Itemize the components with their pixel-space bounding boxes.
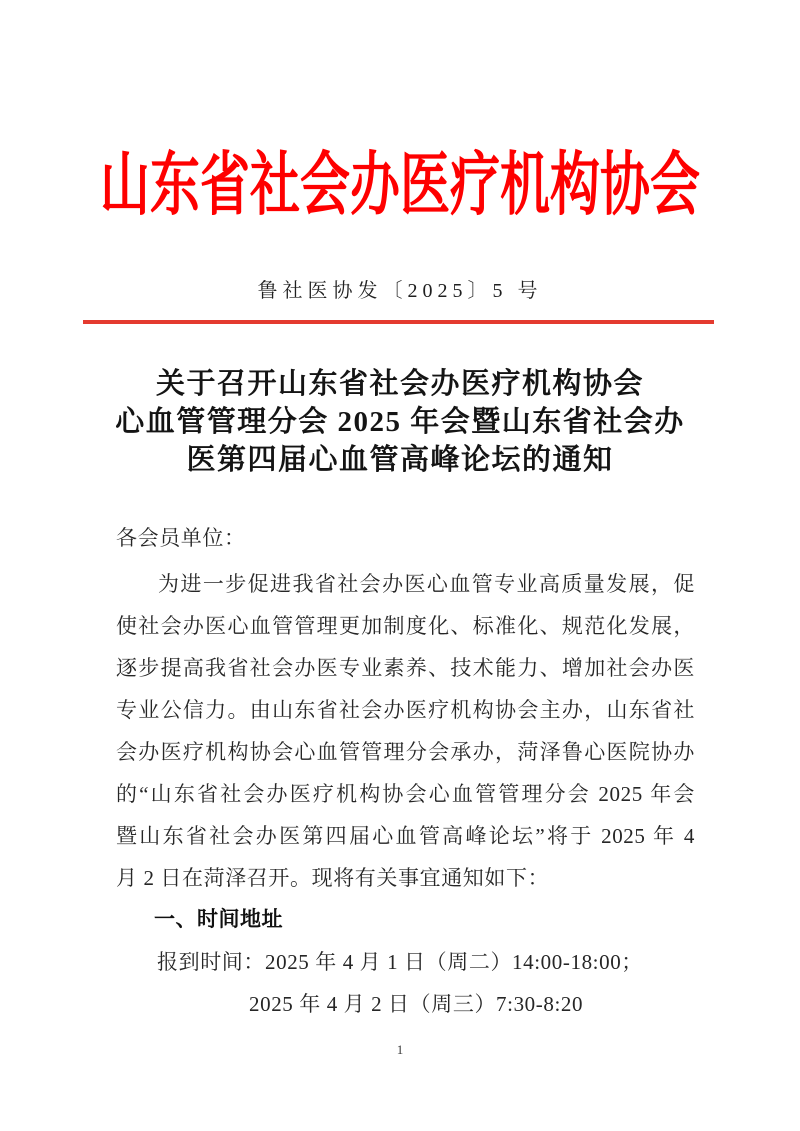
notice-title-line-2: 心血管管理分会 2025 年会暨山东省社会办: [0, 403, 800, 441]
registration-time-line-1: 报到时间：2025 年 4 月 1 日（周二）14:00-18:00；: [157, 941, 695, 983]
registration-time-line-2: 2025 年 4 月 2 日（周三）7:30-8:20: [249, 983, 695, 1025]
paragraph-line: 的“山东省社会办医疗机构协会心血管管理分会 2025 年会: [116, 773, 695, 815]
letterhead-org-title: 山东省社会办医疗机构协会: [0, 150, 800, 219]
salutation: 各会员单位：: [116, 517, 695, 559]
paragraph-line: 使社会办医心血管管理更加制度化、标准化、规范化发展，: [116, 605, 695, 647]
paragraph-line: 专业公信力。由山东省社会办医疗机构协会主办，山东省社: [116, 689, 695, 731]
notice-title-line-1: 关于召开山东省社会办医疗机构协会: [0, 365, 800, 403]
paragraph-line: 逐步提高我省社会办医专业素养、技术能力、增加社会办医: [116, 647, 695, 689]
red-separator-rule: [83, 320, 714, 324]
notice-title-line-3: 医第四届心血管高峰论坛的通知: [0, 441, 800, 479]
paragraph-line: 为进一步促进我省社会办医心血管专业高质量发展，促: [116, 563, 695, 605]
doc-reference-number: 鲁社医协发〔2025〕5 号: [0, 274, 800, 303]
document-page: 山东省社会办医疗机构协会 鲁社医协发〔2025〕5 号 关于召开山东省社会办医疗…: [0, 0, 800, 1131]
section-heading-time-location: 一、时间地址: [154, 899, 695, 941]
page-number: 1: [0, 1042, 800, 1058]
paragraph-line: 暨山东省社会办医第四届心血管高峰论坛”将于 2025 年 4: [116, 815, 695, 857]
notice-title: 关于召开山东省社会办医疗机构协会 心血管管理分会 2025 年会暨山东省社会办 …: [0, 365, 800, 479]
paragraph-line: 会办医疗机构协会心血管管理分会承办，菏泽鲁心医院协办: [116, 731, 695, 773]
intro-paragraph: 为进一步促进我省社会办医心血管专业高质量发展，促 使社会办医心血管管理更加制度化…: [116, 563, 695, 899]
body-text: 各会员单位： 为进一步促进我省社会办医心血管专业高质量发展，促 使社会办医心血管…: [116, 517, 695, 1025]
paragraph-line: 月 2 日在菏泽召开。现将有关事宜通知如下：: [116, 857, 695, 899]
